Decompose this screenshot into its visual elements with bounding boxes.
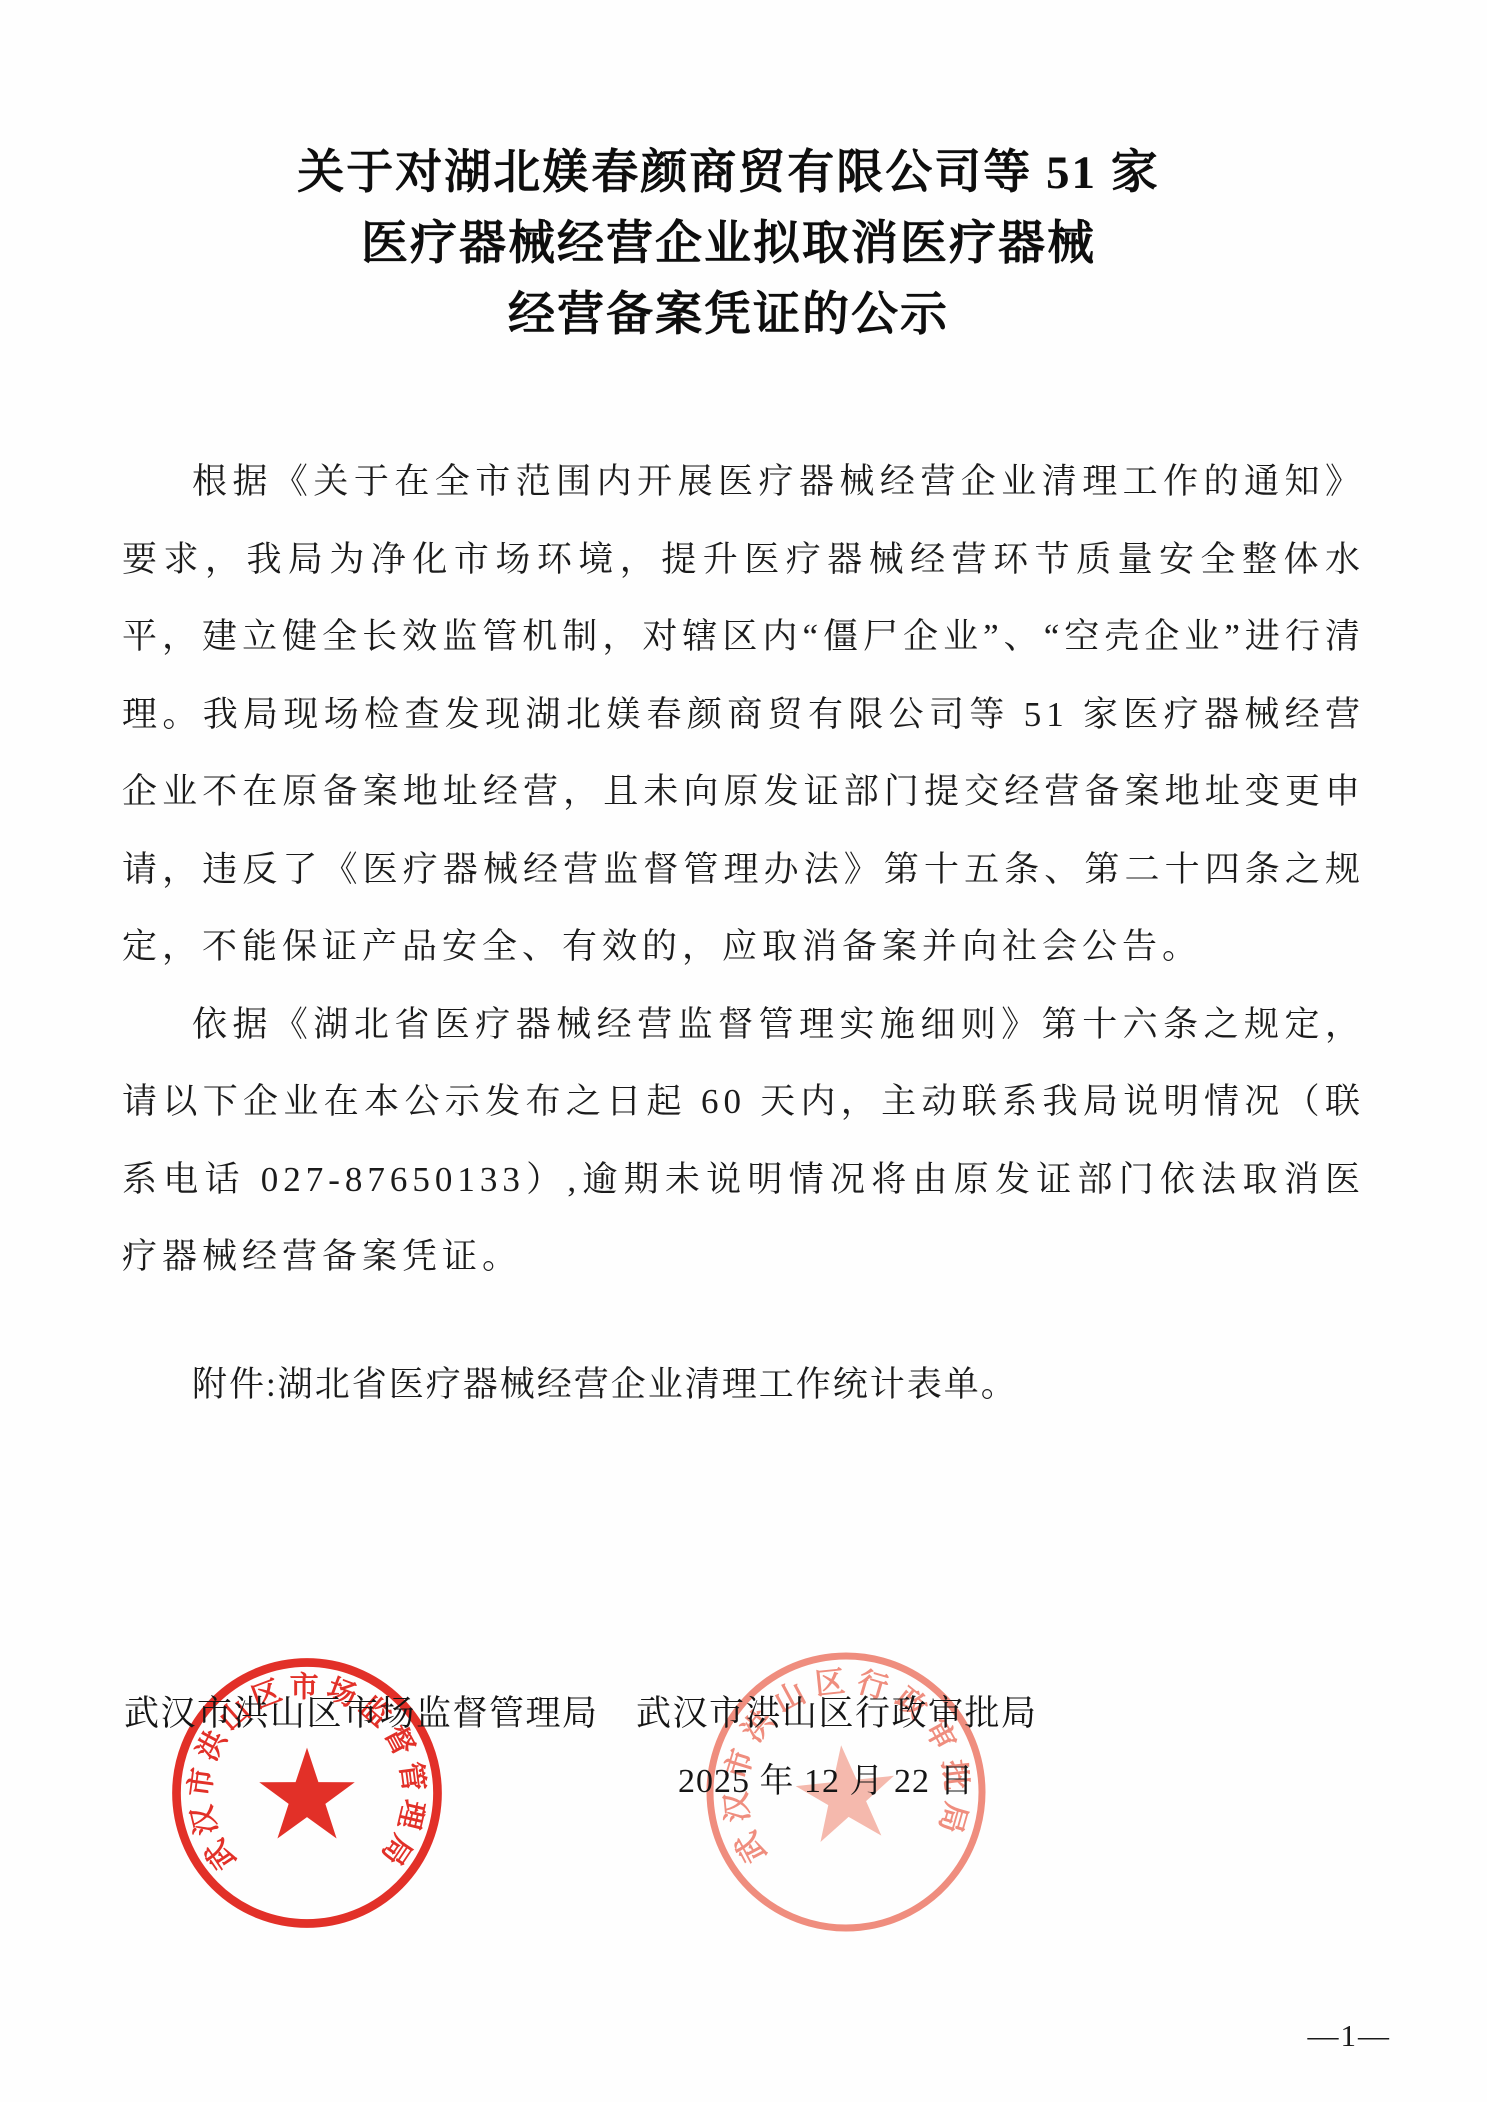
title-line-3: 经营备案凭证的公示 [122, 280, 1335, 351]
page-number: —1— [1308, 2018, 1392, 2054]
paragraph-requirement: 依据《湖北省医疗器械经营监督管理实施细则》第十六条之规定，请以下企业在本公示发布… [122, 986, 1365, 1296]
paragraph-basis: 根据《关于在全市范围内开展医疗器械经营企业清理工作的通知》要求，我局为净化市场环… [122, 443, 1365, 986]
document-title: 关于对湖北媄春颜商贸有限公司等 51 家 医疗器械经营企业拟取消医疗器械 经营备… [122, 138, 1335, 351]
title-line-1: 关于对湖北媄春颜商贸有限公司等 51 家 [122, 138, 1335, 209]
document-content: 关于对湖北媄春颜商贸有限公司等 51 家 医疗器械经营企业拟取消医疗器械 经营备… [0, 0, 1487, 1423]
document-body: 根据《关于在全市范围内开展医疗器械经营企业清理工作的通知》要求，我局为净化市场环… [122, 443, 1365, 1423]
attachment-line: 附件:湖北省医疗器械经营企业清理工作统计表单。 [122, 1346, 1365, 1424]
issue-date: 2025 年 12 月 22 日 [678, 1753, 975, 1802]
document-page: 关于对湖北媄春颜商贸有限公司等 51 家 医疗器械经营企业拟取消医疗器械 经营备… [0, 0, 1487, 2102]
left-agency-name: 武汉市洪山区市场监督管理局 [124, 1686, 599, 1736]
title-line-2: 医疗器械经营企业拟取消医疗器械 [122, 209, 1335, 280]
right-agency-name: 武汉市洪山区行政审批局 [636, 1686, 1038, 1736]
star-icon [259, 1748, 355, 1839]
